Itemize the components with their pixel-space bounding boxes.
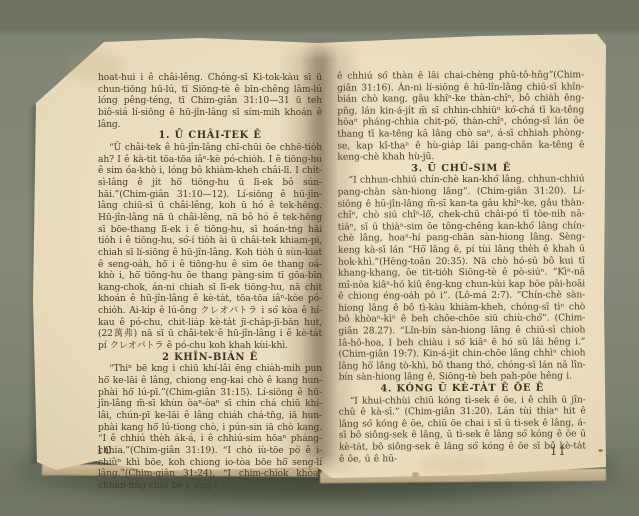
left-page-text-column: hoat-hui i ê châi-lêng. Chóng-sī Ki-tok-… [98,72,322,492]
paragraph: hoat-hui i ê châi-lêng. Chóng-sī Ki-tok-… [98,72,322,130]
page-number-left: 10 [96,443,113,457]
paragraph: “Ū châi-tek ê hū-jîn-lâng chī-chūi ōe ch… [98,142,322,352]
page-number-right: 11 [550,444,567,458]
open-book: hoat-hui i ê châi-lêng. Chóng-sī Ki-tok-… [0,0,639,516]
right-page-text-column: ê chhiú só͘ thàn ê lâi chai-chèng phû-tô… [337,69,586,464]
section-heading-2: 2 KHÎN-BIÁN Ê [98,352,322,364]
photo-backdrop: hoat-hui i ê châi-lêng. Chóng-sī Ki-tok-… [0,0,639,516]
paragraph: ê chhiú só͘ thàn ê lâi chai-chèng phû-tô… [337,69,584,163]
paragraph: “I khui-chhùi chiū kóng tì-sek ê ōe, i ê… [339,394,586,465]
section-heading-1: 1. Ū CHÂI-TEK Ê [98,130,322,142]
paragraph: “Thiⁿ bē kng i chiū khí-lâi ēng chia̍h-m… [98,363,322,491]
paragraph: “I chhun-chhiú chín-chè kan-khó͘ lâng, c… [338,174,586,384]
